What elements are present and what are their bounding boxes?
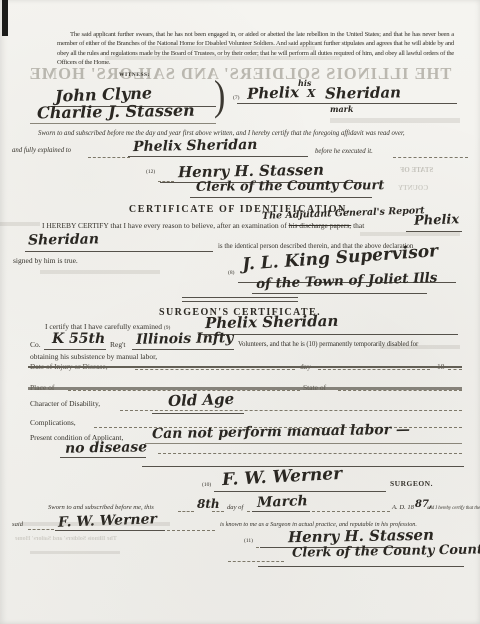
signature-rule: [55, 530, 165, 531]
form-rule: [158, 453, 462, 454]
form-rule: [120, 410, 462, 411]
signature-rule: [132, 349, 234, 350]
signature-rule: [44, 349, 106, 350]
witness-label: WITNESS:: [119, 72, 150, 78]
surgeon-label: SURGEON.: [390, 479, 433, 488]
jurat-surgeon-line1-suffix: and I hereby certify that the: [427, 506, 480, 511]
signature-rule: [128, 156, 308, 157]
signature-rule: [30, 123, 216, 124]
form-rule: [448, 369, 462, 370]
form-rule: [167, 530, 215, 531]
bleed-smudge: [20, 522, 170, 526]
applicant-footnote-marker: (7): [233, 95, 239, 101]
strikeout-line: [28, 366, 462, 368]
jurat-surgeon-day-of: day of: [227, 504, 243, 511]
jurat-surgeon-day: 8th: [197, 497, 220, 511]
signature-rule: [25, 251, 213, 252]
jurat-affidavit-line2-suffix: before he executed it.: [315, 148, 373, 155]
bleed-smudge: [330, 118, 460, 123]
supervisor-signature-line2: of the Town of Joliet Ills: [256, 270, 438, 292]
signature-rule: [190, 197, 372, 198]
form-rule: [88, 157, 130, 158]
signature-rule: [252, 293, 427, 294]
jurat-surgeon-prefix: Sworn to and subscribed before me, this: [48, 504, 154, 511]
double-rule: [182, 297, 298, 302]
surgeon-examined-name: Phelix Sheridan: [205, 312, 339, 332]
form-rule: [28, 529, 54, 530]
scan-edge-bar: [2, 0, 8, 36]
bleedthrough-county: COUNTY: [398, 184, 428, 192]
applicant-last-name: Sheridan: [325, 83, 401, 102]
identification-name-first: Phelix: [414, 212, 460, 229]
bleed-smudge: [0, 222, 40, 226]
form-rule: [228, 561, 284, 562]
jurat-surgeon-ad-label: A. D. 18: [392, 504, 414, 511]
bleed-smudge: [105, 56, 340, 60]
character-label: Character of Disability,: [30, 399, 100, 408]
surgeon-examined-line: I certify that I have carefully examined…: [45, 322, 170, 331]
regt-value: Illinois Infty: [136, 330, 234, 348]
signature-rule: [252, 511, 310, 512]
clerk-title: Clerk of the County Court: [196, 178, 384, 195]
applicant-first-name: Phelix: [247, 83, 300, 103]
scanned-document-page: The said applicant further swears, that …: [0, 0, 480, 624]
surgeon-footnote-marker: (10): [202, 482, 211, 488]
signature-rule: [214, 491, 386, 492]
form-rule: [145, 443, 462, 444]
co-label: Co.: [30, 340, 41, 349]
condition-value-2: no disease: [65, 439, 147, 456]
surgeon-signature: F. W. Werner: [222, 464, 343, 490]
bleed-smudge: [30, 551, 120, 554]
supervisor-footnote-marker: (8): [228, 270, 234, 276]
character-value: Old Age: [168, 390, 235, 410]
signature-flourish: [152, 413, 244, 414]
explained-to-name: Phelix Sheridan: [133, 137, 258, 155]
signature-flourish: [60, 457, 146, 458]
bleed-smudge: [380, 345, 460, 349]
identification-name-last: Sheridan: [28, 231, 99, 248]
form-rule: [393, 157, 468, 158]
form-rule: [212, 511, 224, 512]
identification-struck-text: his discharge papers,: [289, 221, 352, 230]
form-rule: [338, 390, 462, 391]
form-rule: [312, 511, 390, 512]
strikeout-line: [28, 387, 462, 390]
clerk2-footnote-marker: (11): [244, 538, 253, 544]
mark-label: mark: [330, 104, 353, 114]
jurat-surgeon-name: F. W. Werner: [58, 511, 157, 530]
bleedthrough-state-of: STATE OF: [400, 166, 433, 174]
bleed-smudge: [150, 46, 315, 50]
bleed-smudge: [360, 232, 460, 236]
witness-bracket: ): [214, 73, 225, 121]
clerk-footnote-marker: (12): [146, 169, 155, 175]
bleed-smudge: [40, 270, 160, 274]
identification-body-line3: signed by him is true.: [13, 256, 78, 265]
form-rule: [135, 369, 295, 370]
bleedthrough-heading: THE ILLINOIS SOLDIERS' AND SAILORS' HOME: [12, 64, 468, 84]
form-rule: [318, 369, 430, 370]
clerk2-title: Clerk of the County County: [292, 542, 480, 560]
regt-label: Reg't: [110, 340, 126, 349]
identification-body-line1: I HEREBY CERTIFY that I have every reaso…: [30, 221, 364, 230]
witness-signature-charlie: Charlie J. Stassen: [37, 101, 195, 123]
labor-text: obtaining his subsistence by manual labo…: [30, 352, 157, 361]
examined-footnote-marker: (9): [164, 325, 170, 331]
jurat-affidavit-line1: Sworn to and subscribed before me the da…: [30, 130, 470, 137]
complications-label: Complications,: [30, 418, 76, 427]
applicant-x-mark: X: [307, 87, 316, 100]
identification-body-that: that: [353, 221, 364, 230]
jurat-surgeon-month: March: [257, 493, 308, 511]
surgeon-examined-prefix: I certify that I have carefully examined: [45, 322, 162, 331]
co-value: K 55th: [52, 331, 105, 347]
signature-rule: [198, 334, 458, 335]
jurat-affidavit-line2-prefix: and fully explained to: [12, 147, 71, 154]
identification-body-prefix: I HEREBY CERTIFY that I have every reaso…: [42, 221, 287, 230]
form-rule: [178, 511, 194, 512]
bleedthrough-bottom-line: The Illinois Soldiers' and Sailors' Home: [15, 536, 117, 542]
condition-value-1: Can not perform manual labor —: [152, 422, 410, 442]
signature-rule: [258, 566, 464, 567]
